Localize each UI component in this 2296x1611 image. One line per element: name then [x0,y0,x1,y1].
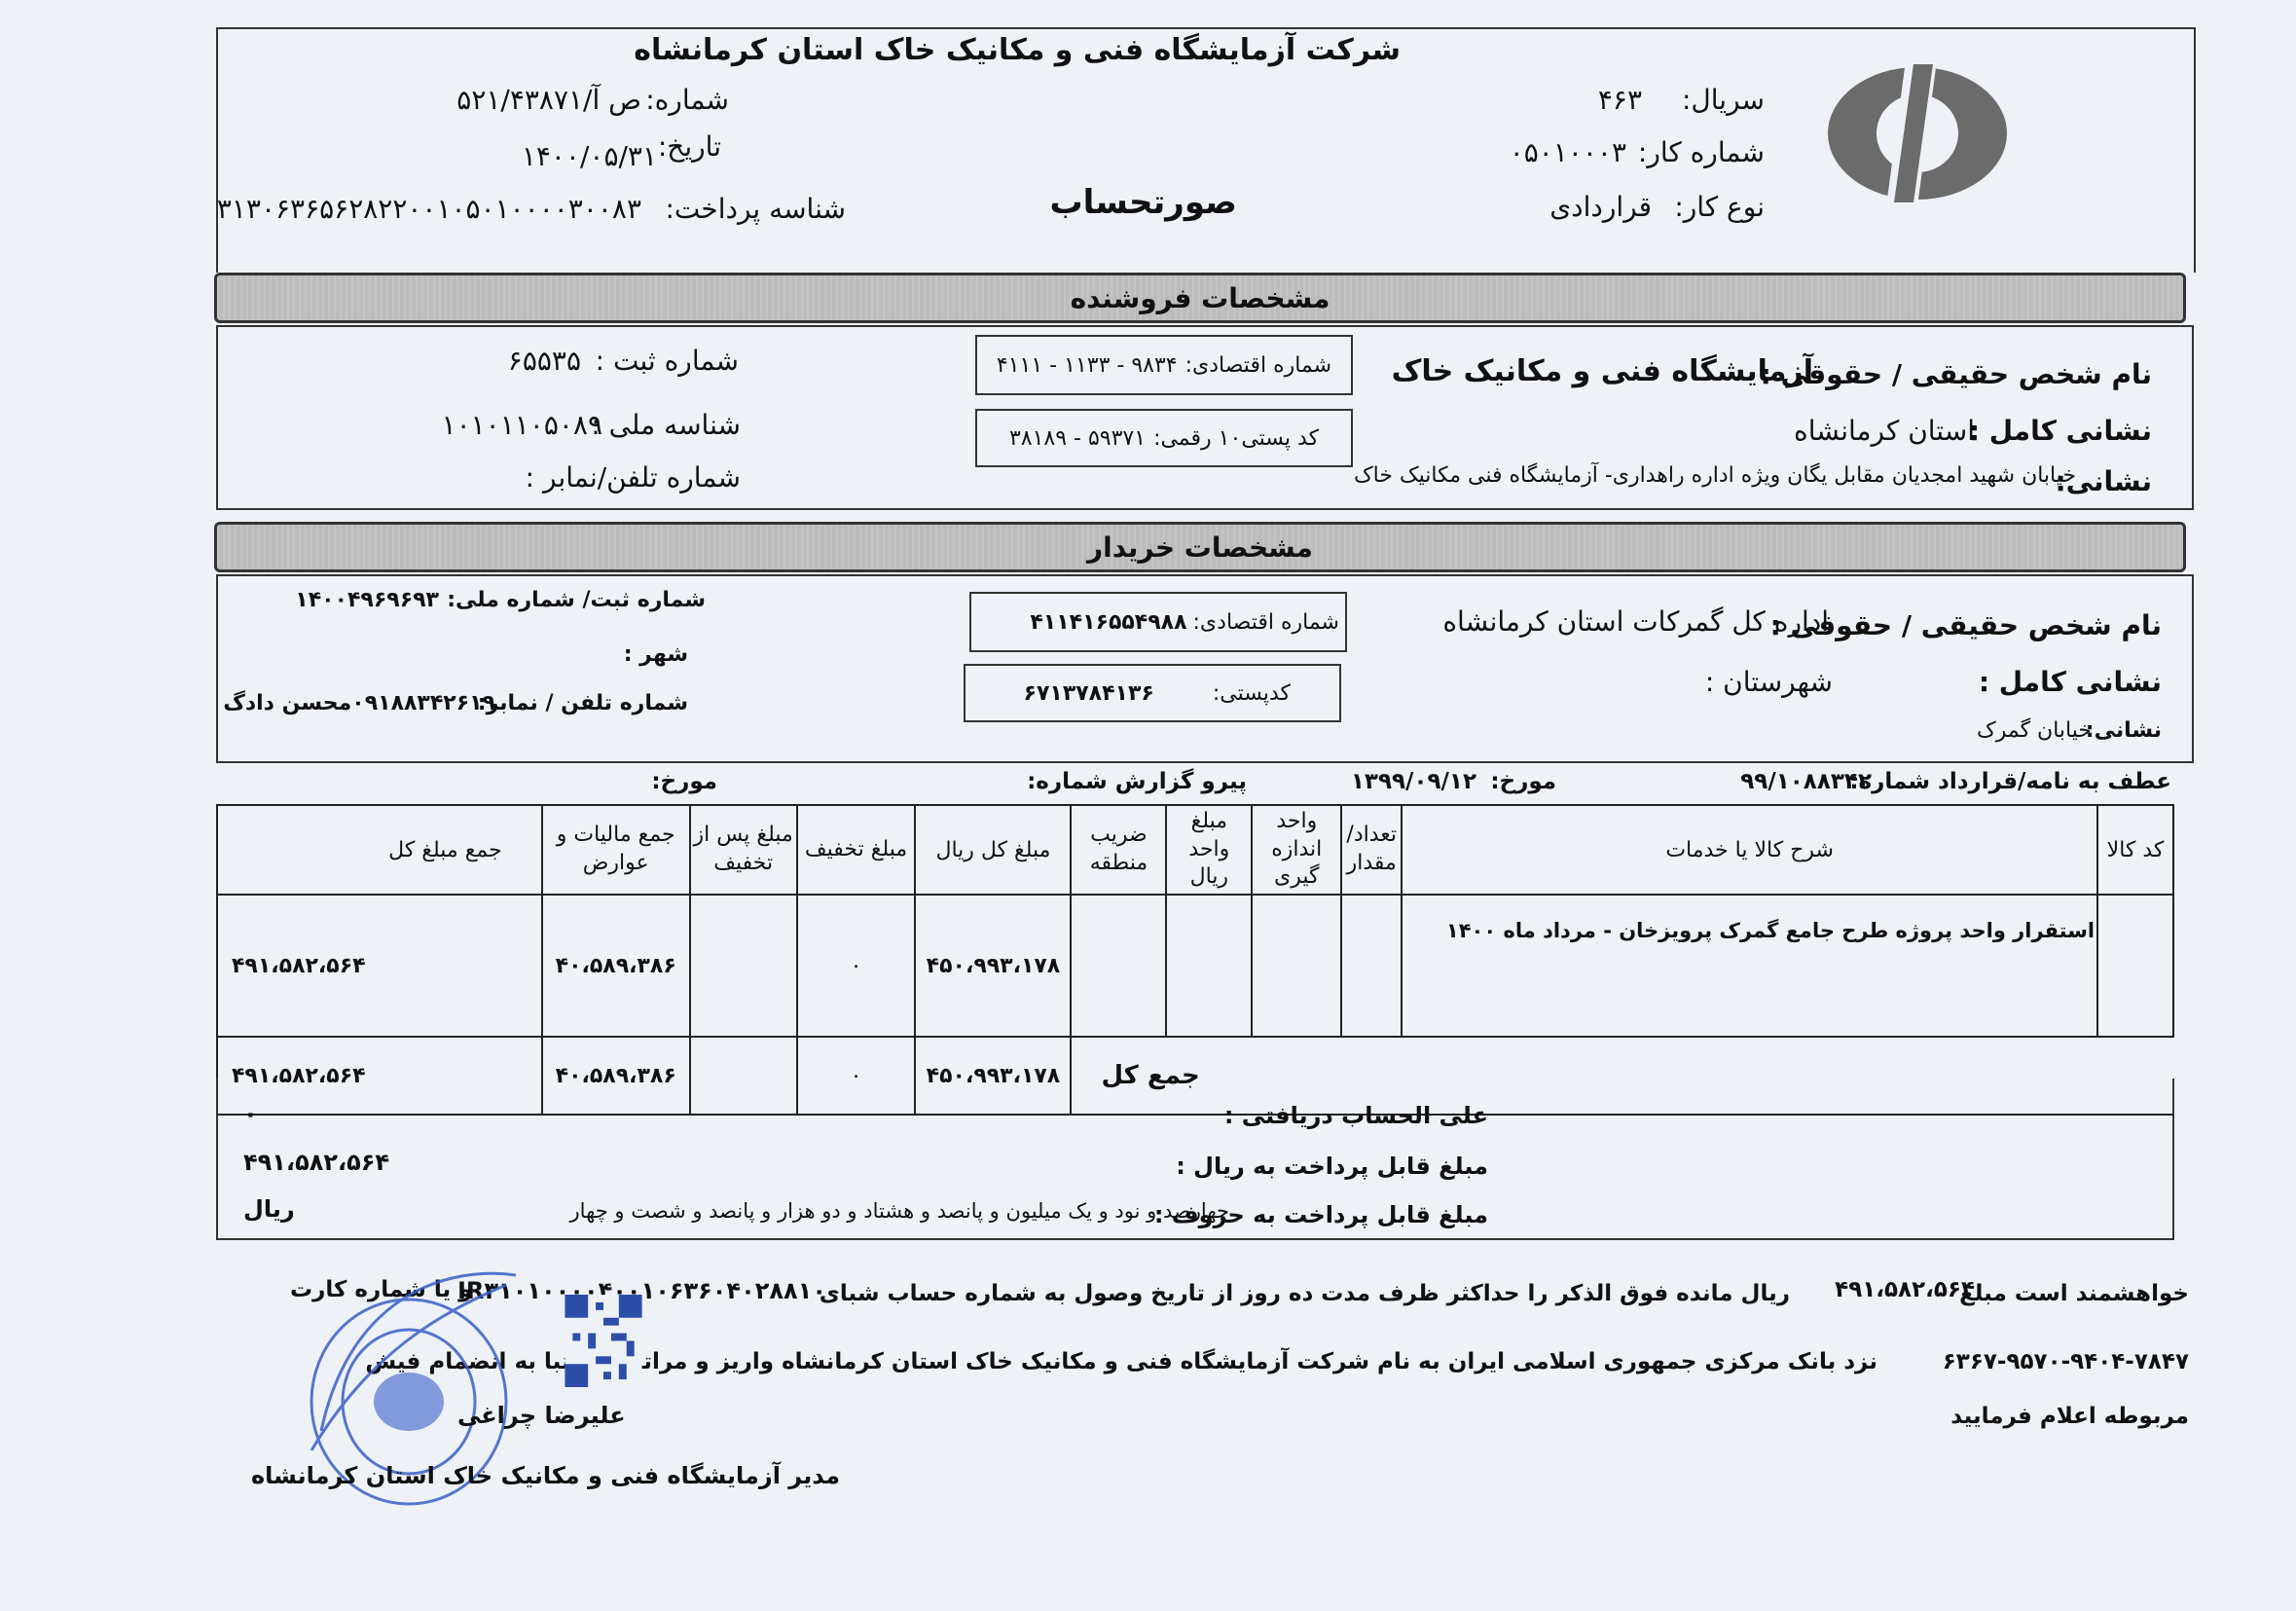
job-type-label: نوع کار: [1674,191,1765,223]
date-value: ۱۴۰۰/۰۵/۳۱ [522,140,657,172]
cell-unit-price [1166,895,1252,1037]
footer-line3: مربوطه اعلام فرمایید [1950,1404,2189,1429]
cell-after-discount [690,895,797,1037]
seller-registration-label: شماره ثبت : [596,345,739,377]
document-type-title: صورتحساب [1049,183,1237,222]
qr-code-icon [565,1295,642,1387]
payable-rial-label: مبلغ قابل پرداخت به ریال : [1176,1153,1488,1180]
items-table: کد کالا شرح کالا یا خدمات تعداد/ مقدار و… [216,804,2174,1116]
payment-id-value: ۳۱۳۰۶۳۶۵۶۲۸۲۲۰۰۱۰۵۰۱۰۰۰۰۳۰۰۸۳ [217,193,641,225]
table-row: استقرار واحد پروژه طرح جامع گمرک پرویزخا… [217,895,2173,1037]
buyer-postal-box: کدپستی: ۶۷۱۳۷۸۴۱۳۶ [964,664,1341,722]
contract-label: عطف به نامه/قرارداد شماره: [1849,769,2171,794]
seller-postal-label: کد پستی۱۰ رقمی: [1153,426,1319,451]
seller-name-label: نام شخص حقیقی / حقوقی : [1761,358,2152,390]
cell-total-rial: ۴۵۰،۹۹۳،۱۷۸ [915,895,1071,1037]
report-label: پیرو گزارش شماره: [1027,769,1247,794]
seller-economic-box: شماره اقتصادی: ۹۸۳۴ - ۱۱۳۳ - ۴۱۱۱ [975,335,1353,395]
buyer-economic-label: شماره اقتصادی: [1193,610,1339,635]
cell-quantity [1341,895,1402,1037]
on-account-label: علی الحساب دریافتی : [1224,1102,1488,1129]
card-number: ۶۳۶۷-۹۵۷۰-۹۴۰۴-۷۸۴۷ [1943,1349,2189,1374]
header-grand-total: جمع مبلغ کل [217,805,542,895]
table-header-row: کد کالا شرح کالا یا خدمات تعداد/ مقدار و… [217,805,2173,895]
number-label: شماره: [645,84,729,116]
signer-name: علیرضا چراغی [457,1402,626,1429]
buyer-section-band: مشخصات خریدار [214,522,2186,572]
cell-code [2097,895,2173,1037]
job-number-label: شماره کار: [1638,136,1765,168]
seller-economic-label: شماره اقتصادی: [1185,353,1331,378]
serial-label: سریال: [1682,84,1765,116]
buyer-registration-label: شماره ثبت/ شماره ملی: [447,588,706,612]
buyer-address-label: نشانی: [2086,718,2162,743]
buyer-registration-value: ۱۴۰۰۴۹۶۹۶۹۳ [295,588,439,612]
buyer-phone-value: ۰۹۱۸۸۳۴۲۶۱۹محسن دادگ [223,691,495,715]
number-value: ص آ/۵۲۱/۴۳۸۷۱ [456,84,641,116]
seller-national-id-label: شناسه ملی : [591,409,741,441]
footer-line1-start: خواهشمند است مبلغ [1959,1281,2189,1306]
header-description: شرح کالا یا خدمات [1402,805,2097,895]
serial-value: ۴۶۳ [1598,84,1642,116]
buyer-phone-label: شماره تلفن / نمابر: [478,691,688,715]
cell-unit [1252,895,1341,1037]
cell-description: استقرار واحد پروژه طرح جامع گمرک پرویزخا… [1402,895,2097,1037]
contract-date-label: مورخ: [1490,769,1556,794]
company-logo-icon [1820,60,2015,206]
payable-rial-value: ۴۹۱،۵۸۲،۵۶۴ [243,1149,389,1176]
header-unit-price: مبلغ واحد ریال [1166,805,1252,895]
buyer-postal-value: ۶۷۱۳۷۸۴۱۳۶ [1024,681,1154,706]
buyer-full-address-label: نشانی کامل : [1979,666,2162,698]
seller-economic-value: ۹۸۳۴ - ۱۱۳۳ - ۴۱۱۱ [997,353,1178,378]
footer-line1-amount: ۴۹۱،۵۸۲،۵۶۴ [1835,1277,1975,1302]
seller-postal-value: ۵۹۳۷۱ - ۳۸۱۸۹ [1009,426,1146,451]
buyer-address-value: خیابان گمرک [1977,718,2092,743]
header-total-rial: مبلغ کل ریال [915,805,1071,895]
cell-discount: ۰ [797,895,916,1037]
header-quantity: تعداد/ مقدار [1341,805,1402,895]
header-discount: مبلغ تخفیف [797,805,916,895]
footer-line1-mid: ریال مانده فوق الذکر را حداکثر ظرف مدت د… [820,1281,1790,1306]
header-unit: واحد اندازه گیری [1252,805,1341,895]
buyer-city-label: شهر : [624,642,688,667]
buyer-economic-value: ۴۱۱۴۱۶۵۵۴۹۸۸ [1030,610,1186,635]
company-title: شرکت آزمایشگاه فنی و مکانیک خاک استان کر… [634,33,1401,67]
header-code: کد کالا [2097,805,2173,895]
seller-address-value: خیابان شهید امجدیان مقابل یگان ویژه ادار… [1354,463,2076,488]
cell-grand-total: ۴۹۱،۵۸۲،۵۶۴ [217,895,542,1037]
buyer-county-label: شهرستان : [1705,666,1833,698]
contract-value: ۹۹/۱۰۸۸۳۴۲ [1740,769,1872,794]
contract-date-value: ۱۳۹۹/۰۹/۱۲ [1351,769,1476,794]
payable-words-value: چهارصد و نود و یک میلیون و پانصد و هشتاد… [570,1199,1229,1223]
header-tax: جمع مالیات و عوارض [542,805,690,895]
seller-name-value: آزمایشگاه فنی و مکانیک خاک [1392,354,1813,388]
buyer-economic-box: شماره اقتصادی: ۴۱۱۴۱۶۵۵۴۹۸۸ [969,592,1347,652]
report-date-label: مورخ: [651,769,717,794]
job-type-value: قراردادی [1549,191,1652,223]
cell-zone-coef [1071,895,1166,1037]
payment-id-label: شناسه پرداخت: [665,193,846,225]
cell-tax: ۴۰،۵۸۹،۳۸۶ [542,895,690,1037]
seller-full-address-label: نشانی کامل : [1969,415,2152,447]
header-zone-coef: ضریب منطقه [1071,805,1166,895]
seller-phone-label: شماره تلفن/نمابر : [526,461,741,494]
date-label: تاریخ: [658,130,721,163]
seller-section-band: مشخصات فروشنده [214,273,2186,323]
seller-registration-value: ۶۵۵۳۵ [508,345,581,377]
buyer-postal-label: کدپستی: [1213,681,1291,706]
seller-section-title: مشخصات فروشنده [1071,282,1330,314]
job-number-value: ۰۵۰۱۰۰۰۳ [1510,136,1626,168]
header-after-discount: مبلغ پس از تخفیف [690,805,797,895]
seller-national-id-value: ۱۰۱۰۱۱۰۵۰۸۹ [442,409,602,441]
seller-postal-box: کد پستی۱۰ رقمی: ۵۹۳۷۱ - ۳۸۱۸۹ [975,409,1353,467]
seller-full-address-value: استان کرمانشاه [1794,415,1975,447]
on-account-value: ۰ [243,1100,258,1127]
buyer-name-value: اداره کل گمرکات استان کرمانشاه [1442,605,1829,638]
currency-label: ریال [243,1195,295,1223]
signer-title: مدیر آزمایشگاه فنی و مکانیک خاک استان کر… [251,1462,840,1489]
buyer-section-title: مشخصات خریدار [1087,531,1313,564]
